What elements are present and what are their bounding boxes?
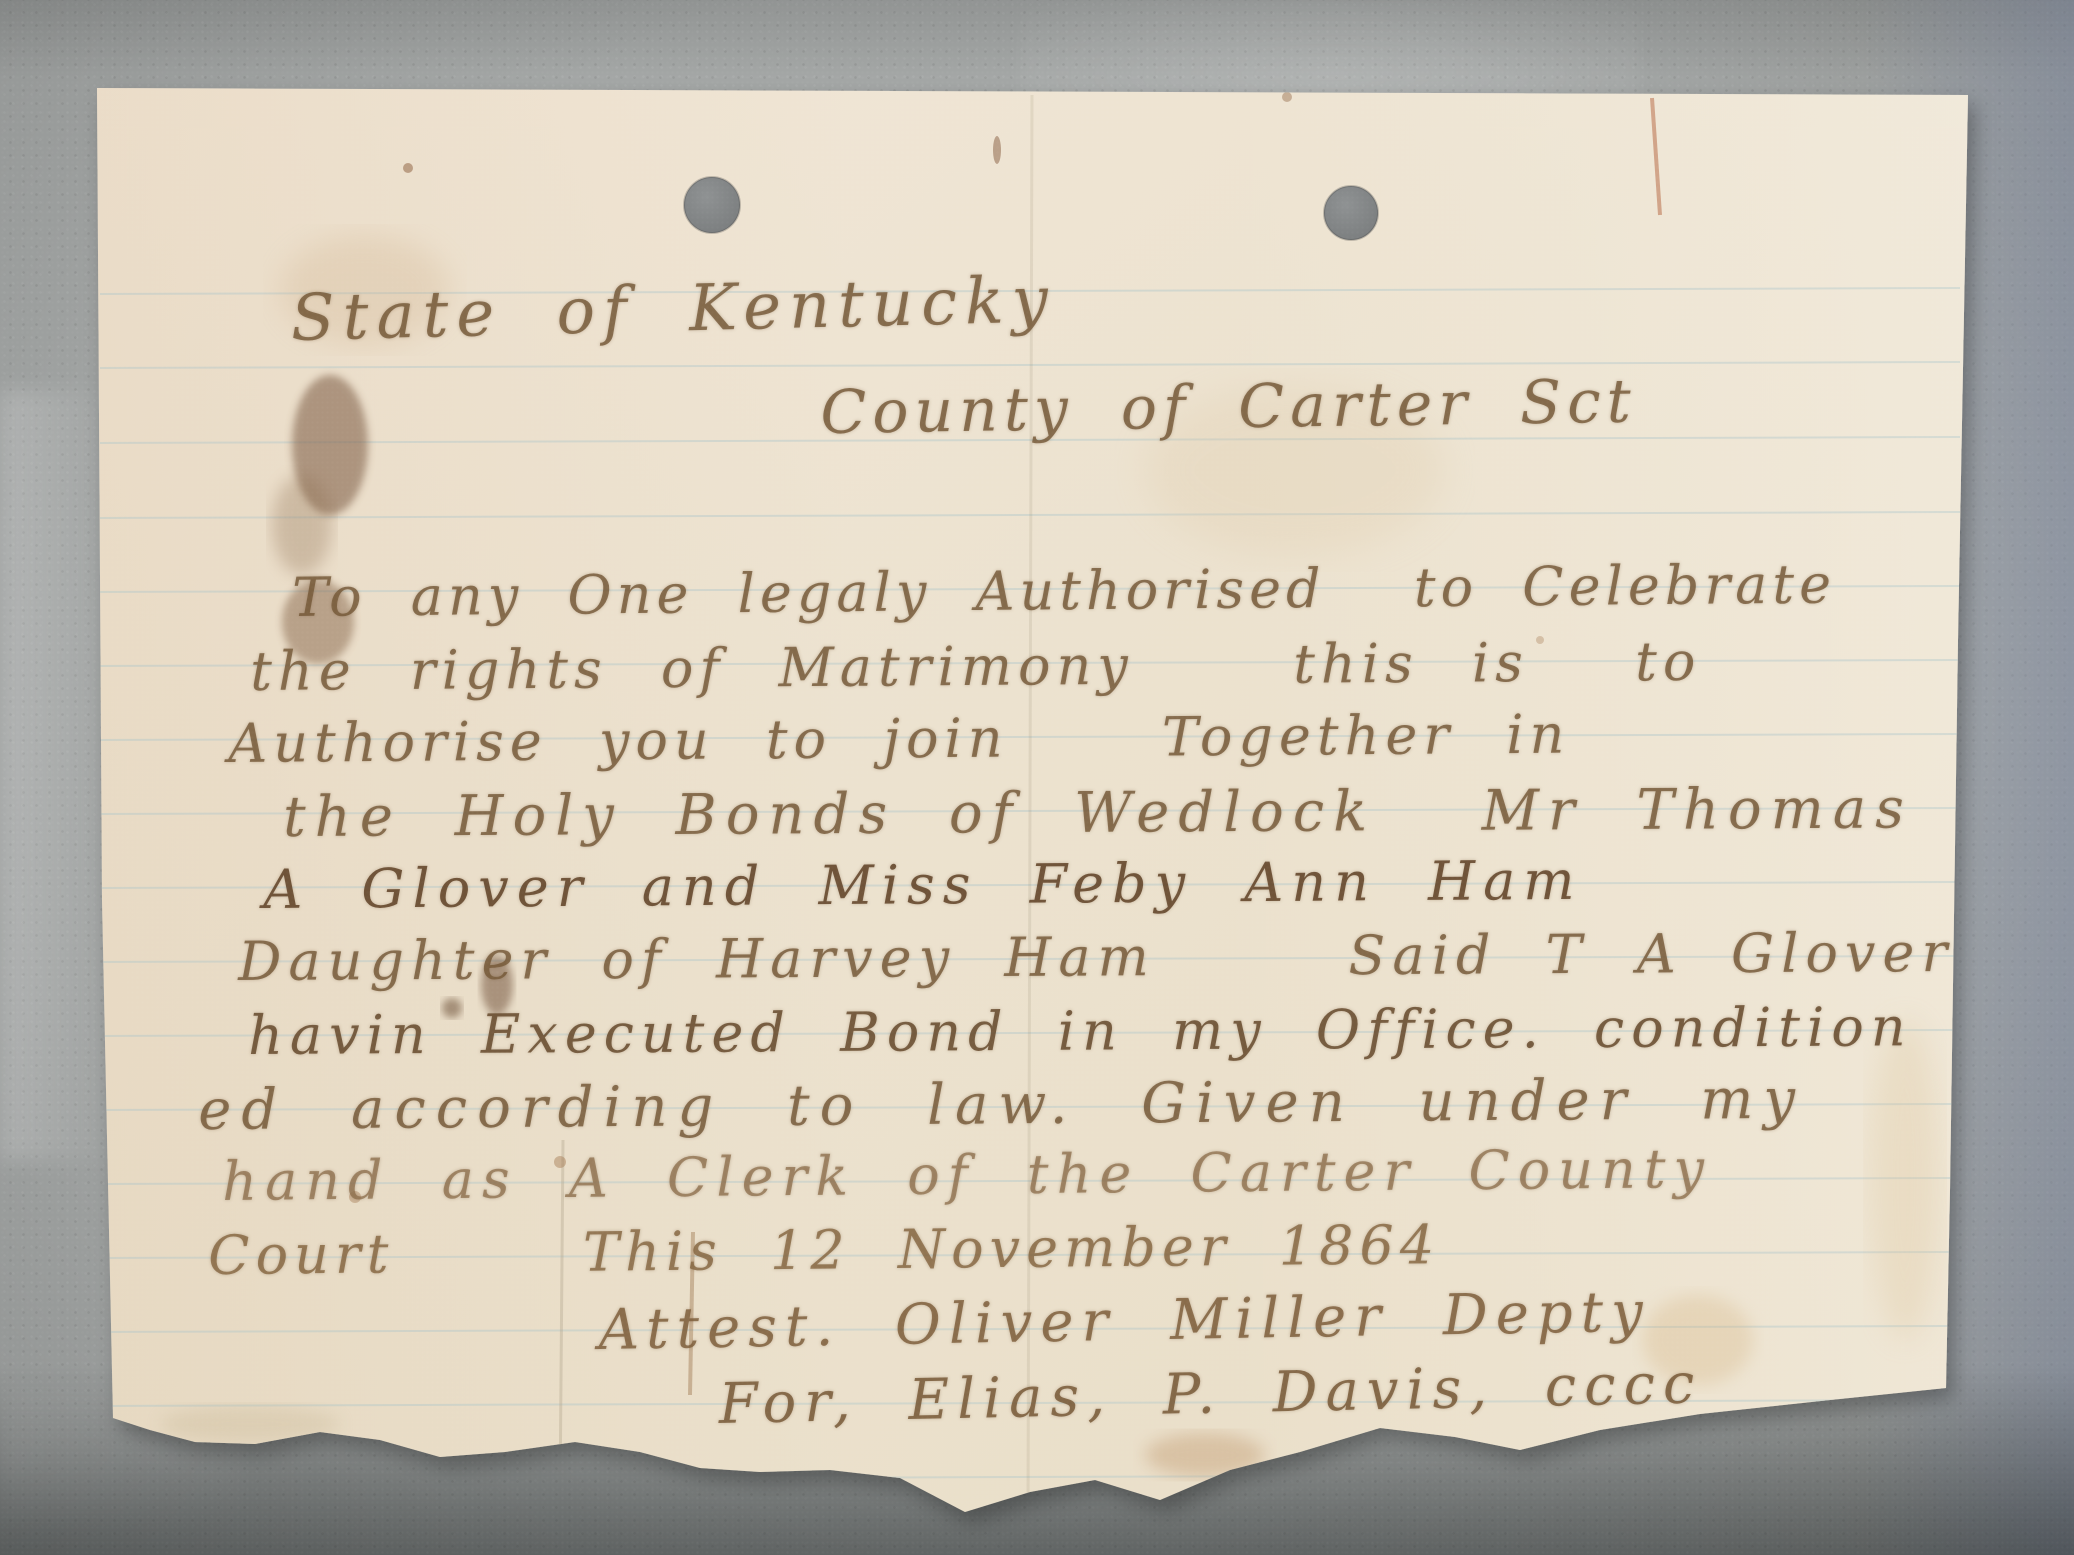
punch-hole-left [684,177,740,233]
paper-sheet-graphic [0,0,2074,1555]
photo-of-handwritten-document: State of Kentucky County of Carter Sct T… [0,0,2074,1555]
paper-surface-details [97,88,1972,1518]
punch-hole-right [1324,186,1378,240]
